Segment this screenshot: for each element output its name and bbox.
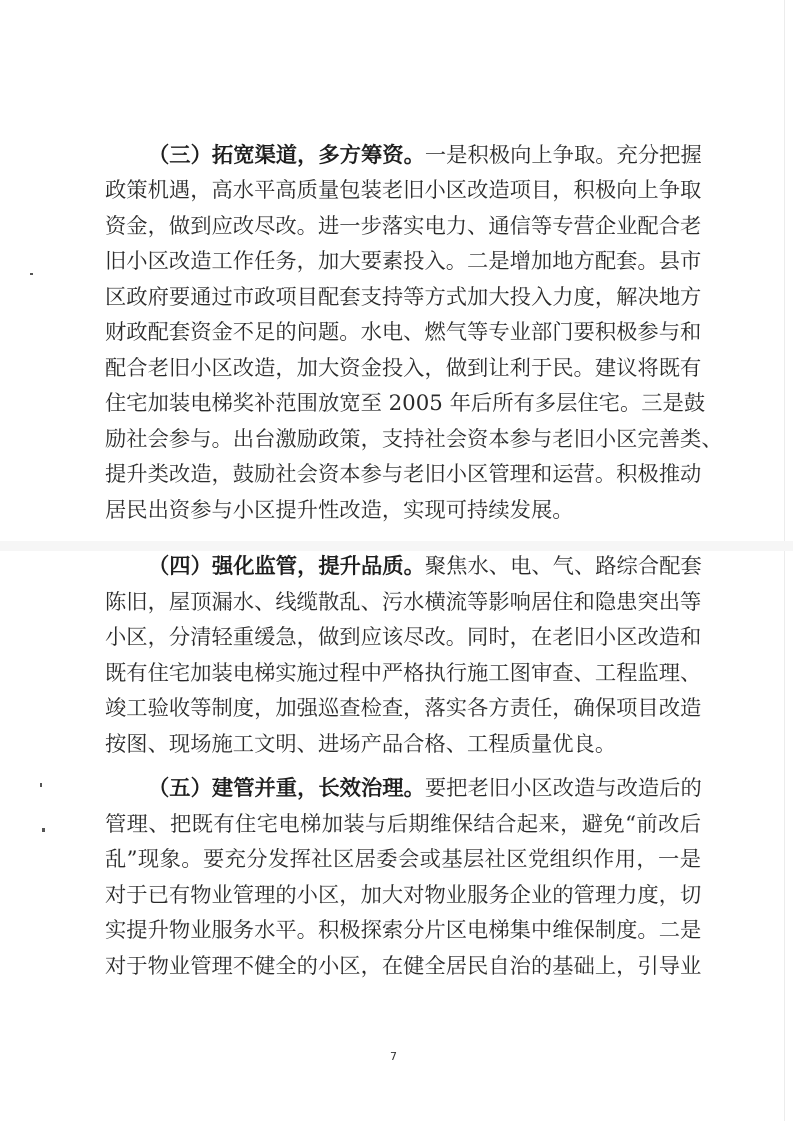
section-3-heading: （三）拓宽渠道，多方筹资。 <box>148 143 425 168</box>
section-4-line-2: 陈旧，屋顶漏水、线缆散乱、污水横流等影响居住和隐患突出等 <box>105 588 701 618</box>
scan-speck <box>40 783 42 787</box>
section-3-line-1: （三）拓宽渠道，多方筹资。一是积极向上争取。充分把握 <box>148 141 701 171</box>
scan-speck <box>30 273 33 275</box>
section-3-line-2: 政策机遇，高水平高质量包装老旧小区改造项目，积极向上争取 <box>105 176 701 206</box>
section-3-line-3: 资金，做到应改尽改。进一步落实电力、通信等专营企业配合老 <box>105 212 701 242</box>
scan-edge-line <box>784 0 785 1121</box>
section-3-line-10: 提升类改造，鼓励社会资本参与老旧小区管理和运营。积极推动 <box>105 460 701 490</box>
section-5-line-3: 乱”现象。要充分发挥社区居委会或基层社区党组织作用，一是 <box>105 845 701 875</box>
section-5-line-2: 管理、把既有住宅电梯加装与后期维保结合起来，避免“前改后 <box>105 810 701 840</box>
section-3-line-7: 配合老旧小区改造，加大资金投入，做到让利于民。建议将既有 <box>105 354 701 384</box>
section-3-line-8: 住宅加装电梯奖补范围放宽至 2005 年后所有多层住宅。三是鼓 <box>105 389 701 419</box>
section-4-heading: （四）强化监管，提升品质。 <box>148 554 425 579</box>
section-3-line-11: 居民出资参与小区提升性改造，实现可持续发展。 <box>105 496 701 526</box>
section-4-line-4: 既有住宅加装电梯实施过程中严格执行施工图审查、工程监理、 <box>105 659 701 689</box>
section-3-line-4: 旧小区改造工作任务，加大要素投入。二是增加地方配套。县市 <box>105 247 701 277</box>
page-number: 7 <box>390 1050 397 1063</box>
section-5-line-5: 实提升物业服务水平。积极探索分片区电梯集中维保制度。二是 <box>105 916 701 946</box>
section-4-line-5: 竣工验收等制度，加强巡查检查，落实各方责任，确保项目改造 <box>105 694 701 724</box>
section-3-line-9: 励社会参与。出台激励政策，支持社会资本参与老旧小区完善类、 <box>105 425 701 455</box>
section-4-line-1: （四）强化监管，提升品质。聚焦水、电、气、路综合配套 <box>148 552 701 582</box>
section-5-line-1: （五）建管并重，长效治理。要把老旧小区改造与改造后的 <box>148 774 701 804</box>
section-5-line-6: 对于物业管理不健全的小区，在健全居民自治的基础上，引导业 <box>105 952 701 982</box>
section-4-line-3: 小区，分清轻重缓急，做到应该尽改。同时，在老旧小区改造和 <box>105 623 701 653</box>
scan-shadow-band <box>0 541 793 551</box>
scan-speck <box>42 828 45 832</box>
section-3-line-6: 财政配套资金不足的问题。水电、燃气等专业部门要积极参与和 <box>105 318 701 348</box>
section-5-heading: （五）建管并重，长效治理。 <box>148 776 425 801</box>
document-page: （三）拓宽渠道，多方筹资。一是积极向上争取。充分把握 政策机遇，高水平高质量包装… <box>0 0 793 1121</box>
section-4-line-6: 按图、现场施工文明、进场产品合格、工程质量优良。 <box>105 730 701 760</box>
section-3-line-5: 区政府要通过市政项目配套支持等方式加大投入力度，解决地方 <box>105 283 701 313</box>
section-5-line-4: 对于已有物业管理的小区，加大对物业服务企业的管理力度，切 <box>105 881 701 911</box>
